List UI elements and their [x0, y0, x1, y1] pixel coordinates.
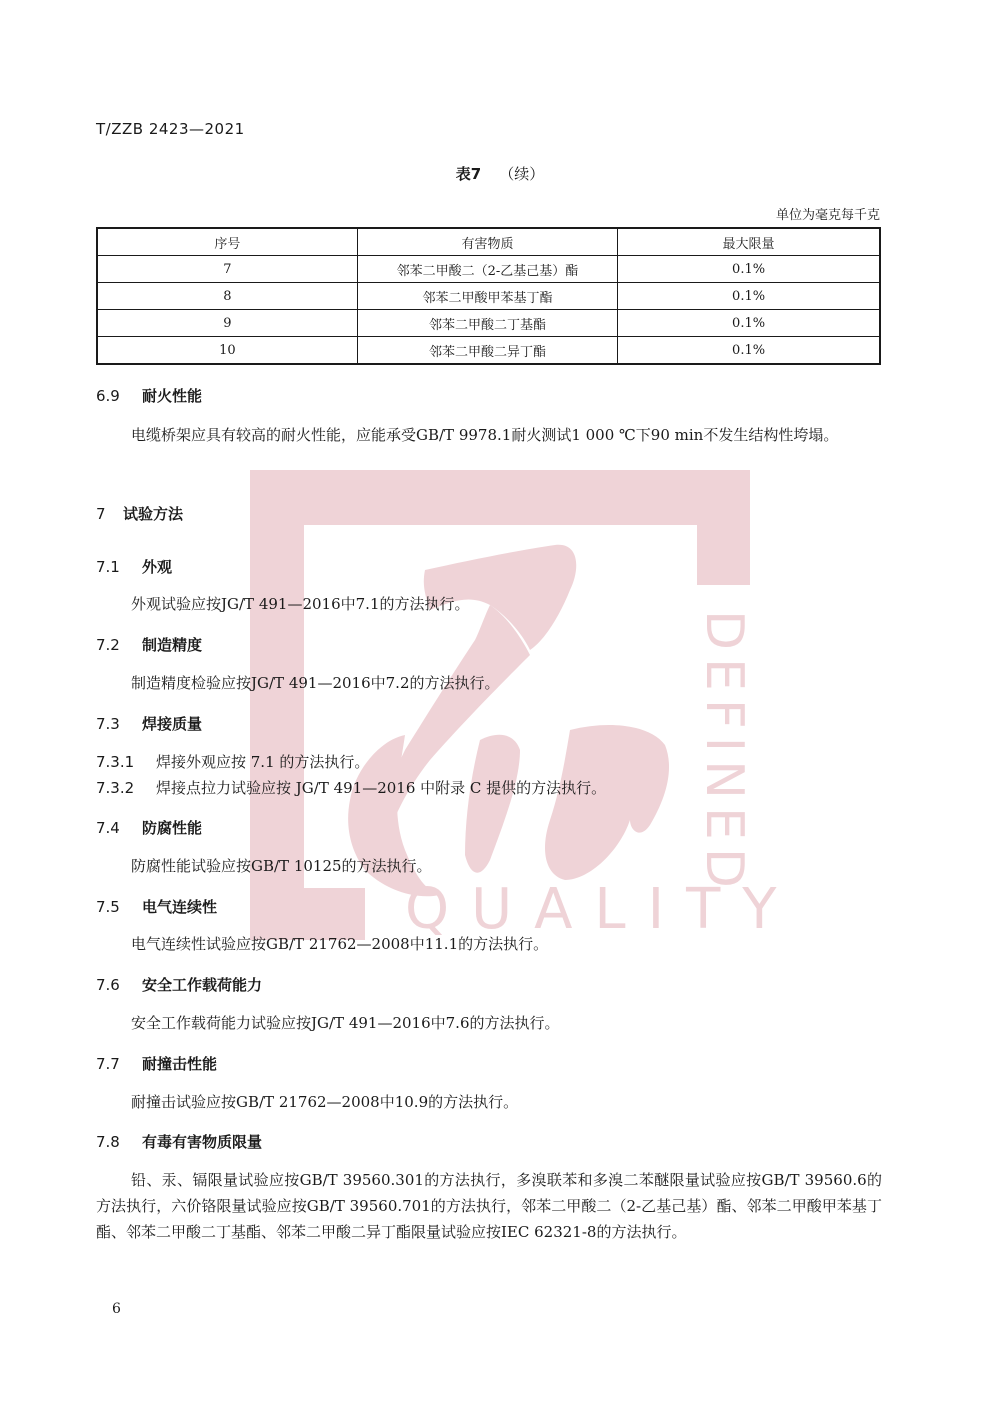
- document-id: T/ZZB 2423—2021: [96, 120, 245, 138]
- section-title: 防腐性能: [142, 819, 202, 837]
- cell-max-limit: 0.1%: [618, 256, 880, 283]
- section-number: 7.3: [96, 715, 142, 733]
- section-title: 有毒有害物质限量: [142, 1133, 262, 1151]
- cell-substance: 邻苯二甲酸二（2-乙基己基）酯: [357, 256, 617, 283]
- cell-index: 10: [97, 337, 357, 365]
- page-number: 6: [112, 1301, 121, 1317]
- hazardous-substances-table: 序号 有害物质 最大限量 7 邻苯二甲酸二（2-乙基己基）酯 0.1% 8 邻苯…: [96, 227, 881, 365]
- section-number: 7.4: [96, 819, 142, 837]
- subsection-text: 焊接外观应按 7.1 的方法执行。: [156, 753, 369, 771]
- cell-index: 7: [97, 256, 357, 283]
- section-title: 焊接质量: [142, 715, 202, 733]
- cell-substance: 邻苯二甲酸甲苯基丁酯: [357, 283, 617, 310]
- column-header-max-limit: 最大限量: [618, 228, 880, 256]
- section-title: 电气连续性: [142, 898, 217, 916]
- section-title: 试验方法: [123, 505, 183, 523]
- table-header-row: 序号 有害物质 最大限量: [97, 228, 880, 256]
- section-title: 外观: [142, 558, 172, 576]
- chapter-heading-7: 7试验方法: [96, 503, 183, 524]
- section-number: 6.9: [96, 387, 142, 405]
- section-heading-7-4: 7.4防腐性能: [96, 817, 202, 838]
- section-title: 耐撞击性能: [142, 1055, 217, 1073]
- cell-max-limit: 0.1%: [618, 283, 880, 310]
- table-row: 8 邻苯二甲酸甲苯基丁酯 0.1%: [97, 283, 880, 310]
- subsection-text: 焊接点拉力试验应按 JG/T 491—2016 中附录 C 提供的方法执行。: [156, 779, 606, 797]
- cell-index: 9: [97, 310, 357, 337]
- section-heading-7-1: 7.1外观: [96, 556, 172, 577]
- section-heading-7-2: 7.2制造精度: [96, 634, 202, 655]
- subsection-7-3-2: 7.3.2焊接点拉力试验应按 JG/T 491—2016 中附录 C 提供的方法…: [96, 777, 606, 798]
- subsection-7-3-1: 7.3.1焊接外观应按 7.1 的方法执行。: [96, 751, 369, 772]
- table-row: 9 邻苯二甲酸二丁基酯 0.1%: [97, 310, 880, 337]
- section-heading-7-8: 7.8有毒有害物质限量: [96, 1131, 262, 1152]
- section-number: 7: [96, 505, 123, 523]
- table-row: 7 邻苯二甲酸二（2-乙基己基）酯 0.1%: [97, 256, 880, 283]
- cell-index: 8: [97, 283, 357, 310]
- column-header-substance: 有害物质: [357, 228, 617, 256]
- section-number: 7.2: [96, 636, 142, 654]
- table-title-continued: （续）: [499, 165, 544, 183]
- section-paragraph-7-1: 外观试验应按JG/T 491—2016中7.1的方法执行。: [131, 591, 469, 617]
- section-number: 7.1: [96, 558, 142, 576]
- section-paragraph-7-5: 电气连续性试验应按GB/T 21762—2008中11.1的方法执行。: [131, 931, 548, 957]
- section-number: 7.6: [96, 976, 142, 994]
- section-paragraph-7-2: 制造精度检验应按JG/T 491—2016中7.2的方法执行。: [131, 670, 499, 696]
- section-title: 耐火性能: [142, 387, 202, 405]
- section-paragraph-6-9: 电缆桥架应具有较高的耐火性能，应能承受GB/T 9978.1耐火测试1 000 …: [96, 422, 882, 448]
- section-paragraph-7-7: 耐撞击试验应按GB/T 21762—2008中10.9的方法执行。: [131, 1089, 518, 1115]
- table-title: 表7（续）: [0, 163, 1000, 184]
- section-paragraph-7-4: 防腐性能试验应按GB/T 10125的方法执行。: [131, 853, 432, 879]
- section-title: 安全工作载荷能力: [142, 976, 262, 994]
- cell-substance: 邻苯二甲酸二异丁酯: [357, 337, 617, 365]
- section-heading-7-7: 7.7耐撞击性能: [96, 1053, 217, 1074]
- section-number: 7.5: [96, 898, 142, 916]
- subsection-number: 7.3.1: [96, 753, 156, 771]
- section-paragraph-7-6: 安全工作载荷能力试验应按JG/T 491—2016中7.6的方法执行。: [131, 1010, 559, 1036]
- cell-max-limit: 0.1%: [618, 310, 880, 337]
- table-row: 10 邻苯二甲酸二异丁酯 0.1%: [97, 337, 880, 365]
- cell-substance: 邻苯二甲酸二丁基酯: [357, 310, 617, 337]
- table-unit-note: 单位为毫克每千克: [776, 204, 880, 223]
- column-header-index: 序号: [97, 228, 357, 256]
- cell-max-limit: 0.1%: [618, 337, 880, 365]
- section-paragraph-7-8: 铅、汞、镉限量试验应按GB/T 39560.301的方法执行，多溴联苯和多溴二苯…: [96, 1167, 882, 1245]
- section-number: 7.8: [96, 1133, 142, 1151]
- section-number: 7.7: [96, 1055, 142, 1073]
- section-title: 制造精度: [142, 636, 202, 654]
- section-heading-6-9: 6.9耐火性能: [96, 385, 202, 406]
- subsection-number: 7.3.2: [96, 779, 156, 797]
- section-heading-7-3: 7.3焊接质量: [96, 713, 202, 734]
- section-heading-7-6: 7.6安全工作载荷能力: [96, 974, 262, 995]
- section-heading-7-5: 7.5电气连续性: [96, 896, 217, 917]
- table-title-label: 表7: [456, 165, 481, 183]
